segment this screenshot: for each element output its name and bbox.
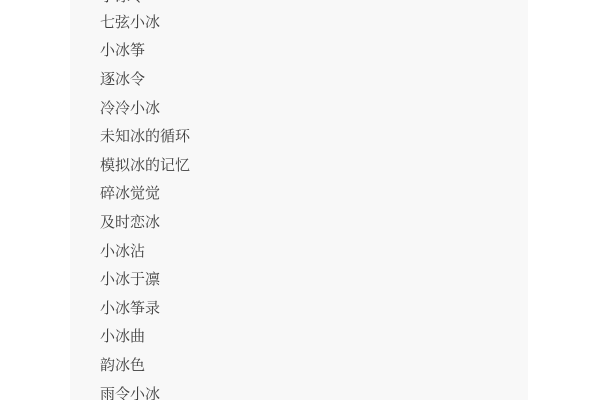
suggestion-item-label: 小冰筝录 [100, 297, 160, 318]
suggestion-item[interactable]: 小冰于凛 [70, 264, 528, 293]
suggestion-item-label: 小冰于凛 [100, 268, 160, 289]
suggestion-item-label: 七弦小冰 [100, 11, 160, 32]
suggestion-item[interactable]: 及时恋冰 [70, 207, 528, 236]
page: { "page": { "background": "#ffffff" }, "… [0, 0, 600, 400]
suggestion-item-label: 小冰令 [100, 0, 145, 4]
suggestion-list: 七弦小冰小冰筝逐冰令冷冷小冰未知冰的循环模拟冰的记忆碎冰觉觉及时恋冰小冰沾小冰于… [70, 7, 528, 400]
suggestion-item-label: 小冰筝 [100, 39, 145, 60]
suggestion-item[interactable]: 小冰沾 [70, 236, 528, 265]
suggestion-item-label: 小冰沾 [100, 240, 145, 261]
suggestion-item[interactable]: 七弦小冰 [70, 7, 528, 36]
suggestion-item-label: 雨令小冰 [100, 383, 160, 400]
suggestion-item[interactable]: 逐冰令 [70, 64, 528, 93]
suggestion-item-label: 小冰曲 [100, 325, 145, 346]
suggestion-item-label: 及时恋冰 [100, 211, 160, 232]
suggestion-item[interactable]: 雨令小冰 [70, 379, 528, 400]
suggestion-item-label: 模拟冰的记忆 [100, 154, 190, 175]
suggestion-item[interactable]: 碎冰觉觉 [70, 179, 528, 208]
suggestion-item-clipped[interactable]: 小冰令 [70, 0, 528, 7]
suggestion-item[interactable]: 未知冰的循环 [70, 121, 528, 150]
suggestion-item[interactable]: 模拟冰的记忆 [70, 150, 528, 179]
suggestion-item[interactable]: 小冰曲 [70, 322, 528, 351]
suggestion-item-label: 韵冰色 [100, 354, 145, 375]
suggestion-item[interactable]: 冷冷小冰 [70, 93, 528, 122]
suggestion-item-label: 逐冰令 [100, 68, 145, 89]
suggestion-item-label: 未知冰的循环 [100, 125, 190, 146]
suggestion-item[interactable]: 韵冰色 [70, 350, 528, 379]
suggestion-item-label: 碎冰觉觉 [100, 182, 160, 203]
suggestion-item[interactable]: 小冰筝 [70, 36, 528, 65]
suggestion-list-panel: 小冰令 七弦小冰小冰筝逐冰令冷冷小冰未知冰的循环模拟冰的记忆碎冰觉觉及时恋冰小冰… [70, 0, 528, 400]
suggestion-item[interactable]: 小冰筝录 [70, 293, 528, 322]
suggestion-item-label: 冷冷小冰 [100, 97, 160, 118]
